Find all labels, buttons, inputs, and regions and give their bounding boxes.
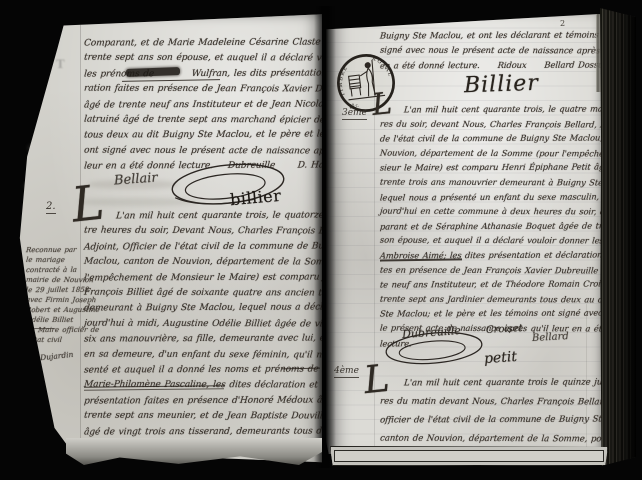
faded-overprint-mark: T <box>56 56 70 72</box>
page-number: 2 <box>560 19 565 28</box>
manuscript-line: Buigny Ste Maclou, et ont les déclarant … <box>379 28 600 44</box>
manuscript-line: demeurant à Buigny Ste Maclou, lequel no… <box>83 301 322 317</box>
act4-text: L'an mil huit cent quarante trois le qui… <box>380 374 600 449</box>
margin-note-line: avec Firmin Joseph <box>26 295 87 305</box>
margin-note-line: Reconnue par <box>26 245 87 255</box>
margin-note-line: l'état civil <box>26 335 87 345</box>
manuscript-line: âgé de trente neuf ans Instituteur et de… <box>83 97 322 113</box>
bottom-page-stack-left <box>66 438 322 465</box>
manuscript-line: parant et de Séraphine Athanasie Boquet … <box>379 218 600 234</box>
margin-note-line: mairie de Nouvion <box>26 275 87 285</box>
manuscript-line: lequel nous a présenté un enfant du sexe… <box>379 189 600 205</box>
margin-note-line: le 29 juillet 1858 <box>26 285 87 295</box>
manuscript-line: tre heures du soir, Devant Nous, Charles… <box>83 224 322 240</box>
signature-bellard: Bellard <box>532 331 569 344</box>
manuscript-line: trente trois ans manouvrier demeurant à … <box>379 175 600 190</box>
manuscript-line: canton de Nouvion, département de la Som… <box>379 430 601 449</box>
manuscript-line: en sa demeure, d'un enfant du sexe fémin… <box>83 347 322 363</box>
margin-note-line: le mariage <box>26 255 87 265</box>
manuscript-line: te neuf ans Instituteur, et de Théodore … <box>379 277 600 293</box>
margin-note-signature: A. Dujardin <box>30 350 74 363</box>
manuscript-line: latruiné âgé de trente sept ans marchand… <box>83 113 322 129</box>
right-page: 2 Buigny Ste Maclou, et ont les déclaran… <box>326 14 602 454</box>
act-continuation-text: Buigny Ste Maclou, et ont les déclarant … <box>380 28 600 74</box>
manuscript-line: Ste Maclou; et le père et les témoins on… <box>379 306 600 322</box>
signature-petit: petit <box>483 349 517 367</box>
manuscript-line: tes en présence de Jean François Xavier … <box>379 262 600 277</box>
manuscript-line: Nouvion, département de la Somme (pour l… <box>379 145 600 160</box>
signature-croiset: Croiset <box>486 323 523 336</box>
manuscript-line: L'an mil huit cent quarante trois, le qu… <box>83 208 322 224</box>
margin-note-line: Odélie Billiet <box>26 315 87 325</box>
manuscript-line: L'an mil huit cent quarante trois le qui… <box>379 374 601 394</box>
manuscript-line: res du matin devant Nous, Charles Franço… <box>379 392 601 411</box>
act-number-2: 2. <box>46 201 56 214</box>
manuscript-line: Adjoint, Officier de l'état civil de la … <box>83 239 322 255</box>
left-page: T Comparant, et de Marie Madeleine César… <box>18 12 322 464</box>
manuscript-line: trente sept ans Jardinier demeurants tou… <box>379 291 600 306</box>
margin-note-reconnue: Reconnue parle mariagecontracté à lamair… <box>26 245 86 345</box>
act3-text: L'an mil huit cent quarante trois, le qu… <box>380 102 600 350</box>
manuscript-line: son épouse, et auquel il a déclaré voulo… <box>379 233 600 248</box>
manuscript-line: Maclou, canton de Nouvion, département d… <box>83 255 322 271</box>
margin-note-divider <box>28 328 54 329</box>
manuscript-line: de l'état civil de la commune de Buigny … <box>379 131 600 147</box>
manuscript-line: ration faites en présence de Jean Franço… <box>83 82 322 98</box>
manuscript-line: François Billiet âgé de soixante quatre … <box>83 286 322 302</box>
margin-note-line: Le Maire officier de <box>26 325 87 335</box>
manuscript-line: signé avec nous le présent acte de naiss… <box>379 43 600 59</box>
manuscript-line: senté et auquel il a donné les noms et p… <box>83 363 322 379</box>
signature-bellair: Bellair <box>114 170 159 188</box>
act-number-3: 3ème <box>342 108 367 120</box>
annotation-billier: billier <box>229 186 282 209</box>
margin-rule <box>80 22 81 452</box>
act-number-4: 4ème <box>334 366 359 378</box>
book-page-edges <box>600 8 636 466</box>
bottom-page-stack-right <box>330 446 608 466</box>
manuscript-line: jourd'hui en cette commune à deux heures… <box>379 204 600 219</box>
manuscript-line: l'empêchement de Monsieur le Maire) est … <box>83 270 322 286</box>
manuscript-line: res du soir, devant Nous, Charles Franço… <box>379 116 600 131</box>
margin-note-line: Robert et Augustine <box>26 305 87 315</box>
signature-flourish <box>166 152 293 216</box>
manuscript-line: jourd'hui à midi, Augustine Odélie Billi… <box>83 316 322 332</box>
manuscript-line: présentation faites en présence d'Honoré… <box>83 393 322 409</box>
manuscript-line: trente sept ans son épouse, et auquel il… <box>83 51 322 67</box>
manuscript-line: sieur le Maire) est comparu Henri Épipha… <box>379 160 600 176</box>
surname-heading: Billier <box>464 71 540 99</box>
manuscript-line: officier de l'état civil de la commune d… <box>379 411 601 431</box>
manuscript-line: trente sept ans meunier, et de Jean Bapt… <box>83 409 322 425</box>
scanned-register-spread: T Comparant, et de Marie Madeleine César… <box>0 0 642 480</box>
book-gutter-shadow <box>314 6 336 468</box>
act2-text: L'an mil huit cent quarante trois, le qu… <box>84 209 322 440</box>
manuscript-line: Comparant, et de Marie Madeleine Césarin… <box>83 35 322 51</box>
margin-note-line: contracté à la <box>26 265 87 275</box>
manuscript-line: tous deux au dit Buigny Ste Maclou, et l… <box>83 128 322 144</box>
manuscript-line: six ans manouvrière, sa fille, demeurant… <box>83 332 322 348</box>
manuscript-line: L'an mil huit cent quarante trois, le qu… <box>379 102 600 118</box>
